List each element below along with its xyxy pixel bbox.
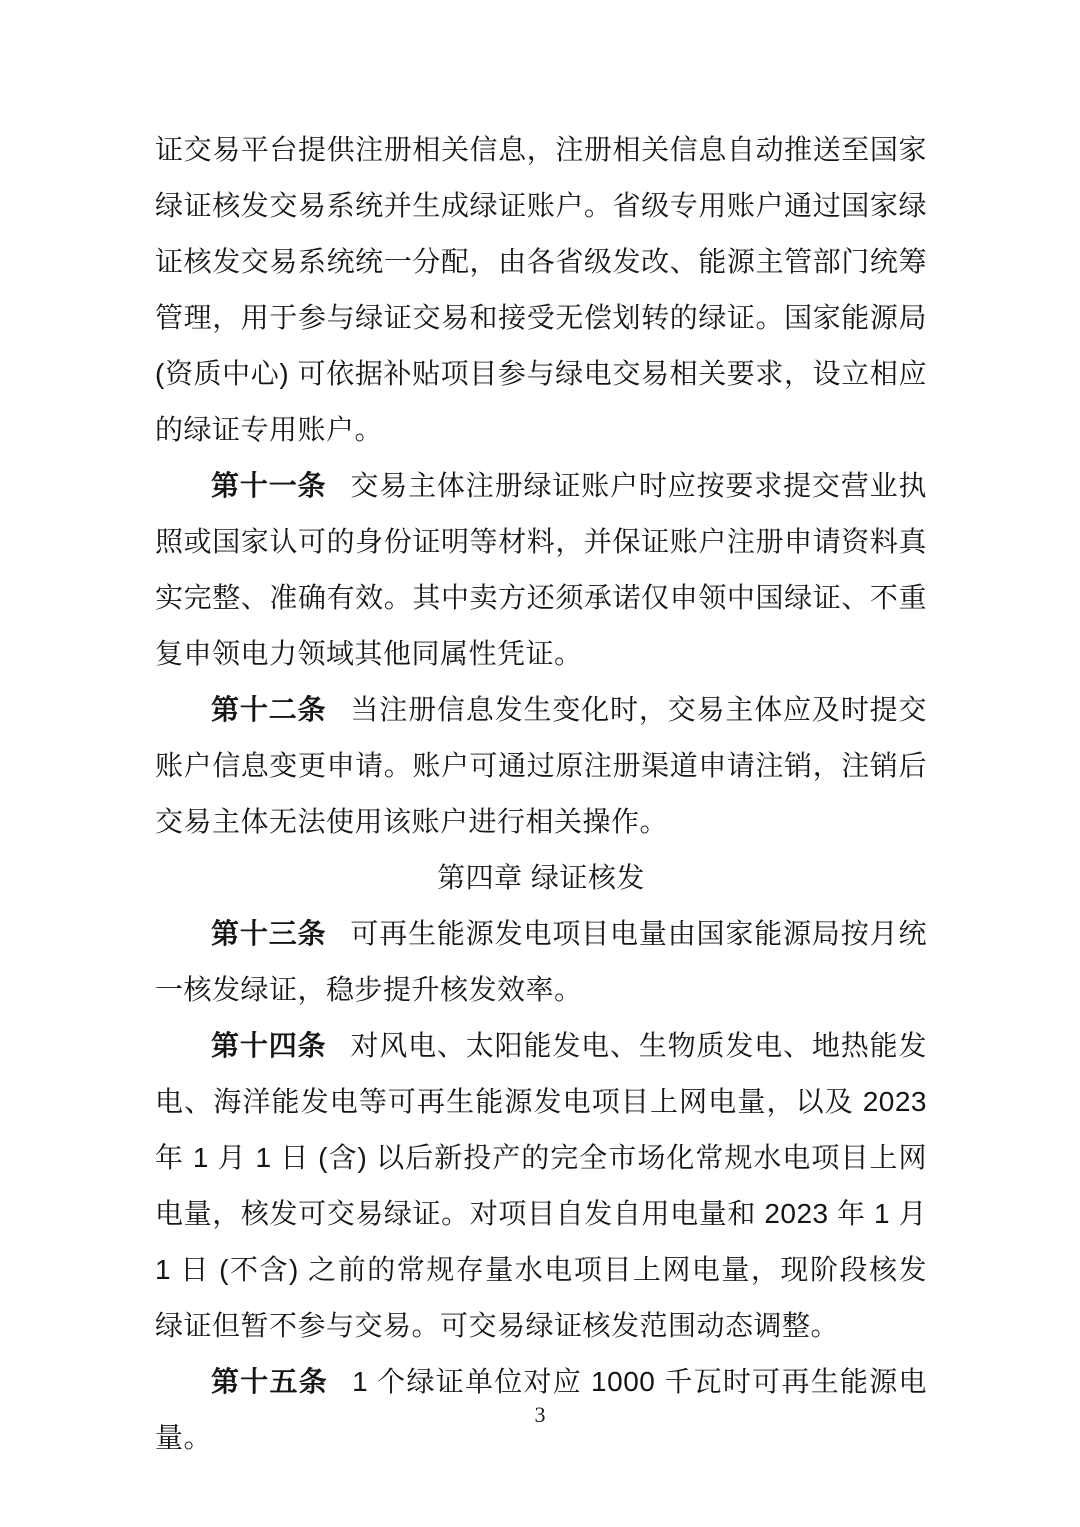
paragraph-continuation: 证交易平台提供注册相关信息，注册相关信息自动推送至国家绿证核发交易系统并生成绿证…: [155, 122, 927, 458]
chapter-heading: 第四章 绿证核发: [155, 850, 927, 906]
article-11: 第十一条交易主体注册绿证账户时应按要求提交营业执照或国家认可的身份证明等材料，并…: [155, 458, 927, 682]
article-15-label: 第十五条: [211, 1366, 328, 1397]
article-13-label: 第十三条: [211, 918, 326, 949]
document-body: 证交易平台提供注册相关信息，注册相关信息自动推送至国家绿证核发交易系统并生成绿证…: [155, 122, 927, 1466]
article-12: 第十二条当注册信息发生变化时，交易主体应及时提交账户信息变更申请。账户可通过原注…: [155, 682, 927, 850]
article-14-body: 对风电、太阳能发电、生物质发电、地热能发电、海洋能发电等可再生能源发电项目上网电…: [155, 1030, 927, 1341]
article-14: 第十四条对风电、太阳能发电、生物质发电、地热能发电、海洋能发电等可再生能源发电项…: [155, 1018, 927, 1354]
document-page: 证交易平台提供注册相关信息，注册相关信息自动推送至国家绿证核发交易系统并生成绿证…: [0, 0, 1080, 1527]
article-12-label: 第十二条: [211, 694, 326, 725]
page-number: 3: [0, 1402, 1080, 1428]
article-14-label: 第十四条: [211, 1030, 326, 1061]
article-11-label: 第十一条: [211, 470, 326, 501]
article-13: 第十三条可再生能源发电项目电量由国家能源局按月统一核发绿证，稳步提升核发效率。: [155, 906, 927, 1018]
